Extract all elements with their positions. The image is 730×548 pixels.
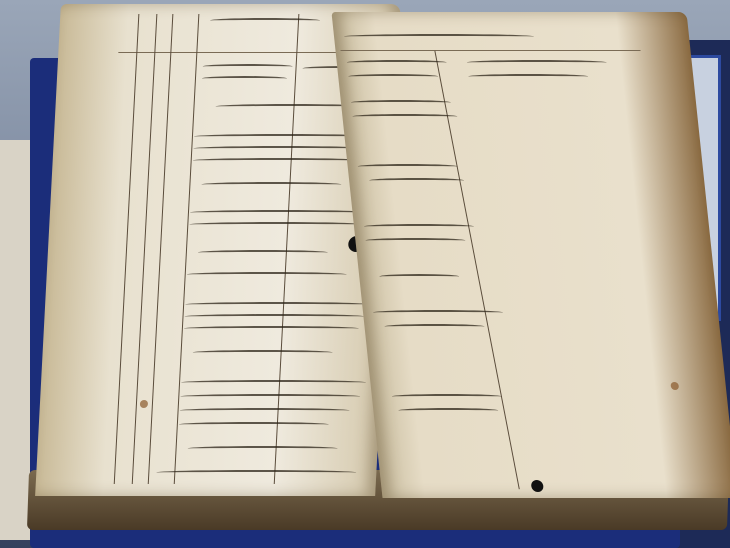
handwriting bbox=[202, 64, 292, 69]
header-rule bbox=[340, 50, 640, 51]
handwriting bbox=[369, 178, 465, 183]
handwriting bbox=[365, 238, 466, 243]
handwriting bbox=[187, 446, 337, 451]
handwriting bbox=[184, 314, 364, 319]
handwriting bbox=[180, 394, 360, 399]
handwriting bbox=[192, 350, 332, 355]
handwriting bbox=[202, 76, 287, 81]
handwriting bbox=[198, 250, 328, 255]
handwriting bbox=[193, 158, 363, 163]
handwriting bbox=[201, 182, 341, 187]
handwriting bbox=[357, 164, 458, 169]
handwriting bbox=[373, 310, 504, 315]
right-page bbox=[331, 12, 730, 498]
stain bbox=[140, 400, 148, 408]
handwriting bbox=[193, 146, 368, 151]
handwriting bbox=[398, 408, 499, 413]
handwriting bbox=[156, 470, 356, 475]
handwriting bbox=[379, 274, 460, 279]
handwriting bbox=[187, 272, 347, 277]
stain bbox=[670, 382, 679, 390]
handwriting bbox=[190, 210, 370, 215]
handwriting bbox=[364, 224, 475, 229]
handwriting bbox=[179, 422, 329, 427]
handwriting bbox=[348, 74, 439, 79]
handwriting bbox=[210, 18, 320, 23]
column-rule bbox=[148, 14, 174, 484]
handwriting bbox=[189, 222, 364, 227]
handwriting bbox=[179, 408, 349, 413]
handwriting bbox=[185, 302, 370, 307]
handwriting bbox=[468, 74, 589, 79]
handwriting bbox=[352, 114, 458, 119]
column-rule bbox=[274, 14, 300, 484]
handwriting bbox=[384, 324, 485, 329]
handwriting bbox=[184, 326, 359, 331]
handwriting bbox=[392, 394, 503, 399]
handwriting bbox=[351, 100, 452, 105]
column-rule bbox=[174, 14, 200, 484]
handwriting bbox=[181, 380, 366, 385]
ink-blot bbox=[531, 480, 544, 492]
handwriting bbox=[467, 60, 608, 65]
handwriting bbox=[347, 60, 448, 65]
handwriting bbox=[344, 34, 535, 39]
